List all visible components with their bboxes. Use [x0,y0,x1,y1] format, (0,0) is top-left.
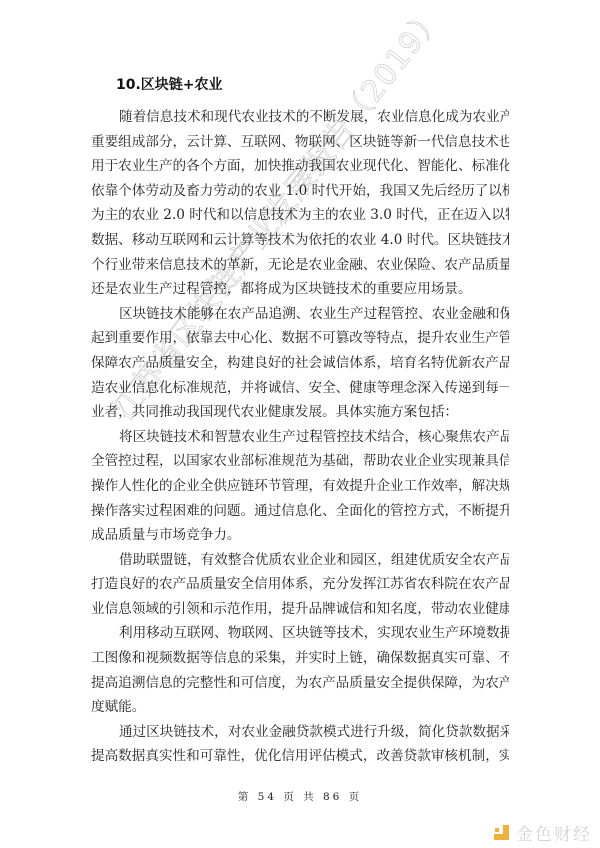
page-number: 第 54 页 共 86 页 [0,789,600,804]
text-line: 为主的农业 2.0 时代和以信息技术为主的农业 3.0 时代，正在迈入以物联网、… [91,203,509,228]
text-line: 业信息领域的引领和示范作用，提升品牌诚信和知名度，带动农业健康安全发展。 [91,597,509,622]
text-line: 提高数据真实性和可靠性，优化信用评估模式，改善贷款审核机制，实现信用体 [91,744,509,769]
brand-logo-icon [494,825,510,841]
text-line: 造农业信息化标准规范，并将诚信、安全、健康等理念深入传递到每一个农业从 [91,376,509,401]
text-line: 用于农业生产的各个方面，加快推动我国农业现代化、智能化、标准化进程。从 [91,154,509,179]
text-line: 操作落实过程困难的问题。通过信息化、全面化的管控方式，不断提升农产品的 [91,499,509,524]
text-line: 利用移动互联网、物联网、区块链等技术，实现农业生产环境数据、生产加 [91,621,509,646]
text-line: 度赋能。 [91,695,509,720]
text-line: 还是农业生产过程管控，都将成为区块链技术的重要应用场景。 [91,277,509,302]
text-line: 成品质量与市场竞争力。 [91,523,509,548]
text-line: 通过区块链技术，对农业金融贷款模式进行升级，简化贷款数据采集流程， [91,720,509,745]
text-line: 起到重要作用，依靠去中心化、数据不可篡改等特点，提升农业生产管理水平， [91,326,509,351]
document-page: 江苏省区块链产业发展报告（2019） 10.区块链+农业 随着信息技术和现代农业… [0,0,600,848]
document-body: 随着信息技术和现代农业技术的不断发展，农业信息化成为农业产业发展的重要组成部分，… [91,105,509,769]
text-line: 重要组成部分，云计算、互联网、物联网、区块链等新一代信息技术也被逐渐应 [91,130,509,155]
text-line: 打造良好的农产品质量安全信用体系，充分发挥江苏省农科院在农产品安全和农 [91,572,509,597]
brand-watermark: 金色财经 [494,820,592,845]
text-line: 个行业带来信息技术的革新，无论是农业金融、农业保险、农产品质量安全追溯， [91,253,509,278]
brand-name: 金色财经 [516,820,592,845]
text-line: 依靠个体劳动及畜力劳动的农业 1.0 时代开始，我国又先后经历了以机械化生产 [91,179,509,204]
text-line: 保障农产品质量安全，构建良好的社会诚信体系，培育名特优新农产品品牌，打 [91,351,509,376]
text-line: 数据、移动互联网和云计算等技术为依托的农业 4.0 时代。区块链技术能够为整 [91,228,509,253]
text-line: 全管控过程，以国家农业部标准规范为基础，帮助农业企业实现兼具信息智能化、 [91,449,509,474]
section-heading: 10.区块链+农业 [116,74,223,94]
text-line: 区块链技术能够在农产品追溯、农业生产过程管控、农业金融和保险等领域 [91,302,509,327]
text-line: 将区块链技术和智慧农业生产过程管控技术结合，核心聚焦农产品的质量安 [91,425,509,450]
text-line: 工图像和视频数据等信息的采集，并实时上链，确保数据真实可靠、不可篡改， [91,646,509,671]
text-line: 操作人性化的企业全供应链环节管理，有效提升企业工作效率，解决规范化农事 [91,474,509,499]
text-line: 提高追溯信息的完整性和可信度，为农产品质量安全提供保障，为农产品品牌深 [91,671,509,696]
text-line: 业者，共同推动我国现代农业健康发展。具体实施方案包括： [91,400,509,425]
text-line: 随着信息技术和现代农业技术的不断发展，农业信息化成为农业产业发展的 [91,105,509,130]
text-line: 借助联盟链，有效整合优质农业企业和园区，组建优质安全农产品品牌联盟， [91,548,509,573]
